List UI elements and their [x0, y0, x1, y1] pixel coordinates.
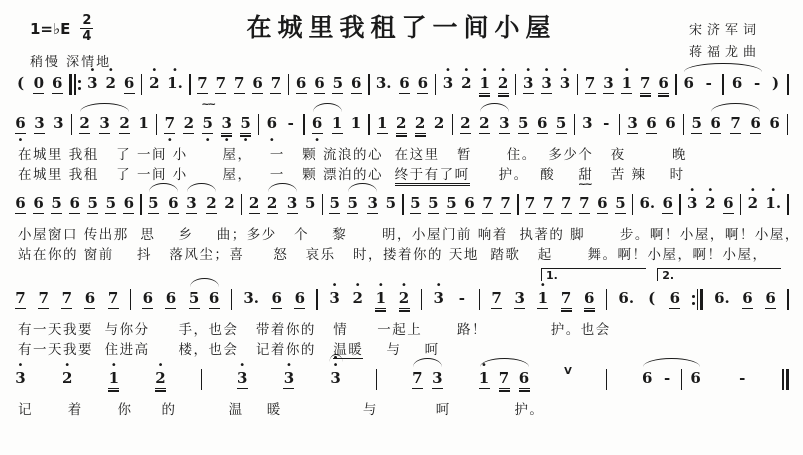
note-digit: 6 — [684, 75, 694, 92]
beam-underlines — [523, 92, 534, 98]
note-digit: 3 — [284, 370, 294, 387]
beam-underlines — [165, 307, 176, 313]
note-digit: 3 — [221, 115, 231, 132]
note: •1• — [620, 68, 633, 105]
note-digit: 6 — [519, 370, 529, 387]
note-digit: 6 — [670, 290, 680, 307]
note: •6• — [32, 188, 45, 225]
beam-underlines — [34, 132, 45, 138]
beam-underlines — [243, 307, 259, 313]
note: •6.• — [617, 283, 635, 320]
note-digit: 7 — [585, 75, 595, 92]
beam-underlines — [351, 132, 362, 138]
note: •3• — [328, 283, 341, 320]
note: •2• — [460, 68, 473, 105]
barline — [288, 74, 289, 95]
dash-extension: •-• — [661, 363, 674, 400]
note-digit: 3 — [329, 290, 339, 307]
note-digit: 6. — [618, 290, 634, 307]
beam-underlines — [271, 307, 282, 313]
beam-underlines — [627, 132, 638, 138]
beam-underlines — [105, 212, 116, 218]
note-digit: 6 — [295, 290, 305, 307]
note-digit: 3 — [432, 370, 442, 387]
note-digit: 7 — [500, 195, 510, 212]
beam-underlines — [603, 92, 614, 98]
barline — [606, 369, 607, 390]
lyrics-line: 在城里 我租 了 一间 小 屋， 一 颗 流浪的心 在这里 暂 住。 多少个 夜… — [18, 145, 789, 165]
note: •6• — [14, 108, 27, 145]
note: ~~•5• — [201, 108, 214, 145]
beam-underlines — [138, 132, 149, 138]
beam-underlines — [460, 132, 471, 138]
barline — [787, 114, 788, 135]
note-digit: 1 — [479, 370, 489, 387]
beam-underlines — [237, 387, 248, 393]
note: •5• — [384, 188, 397, 225]
note: •1.• — [166, 68, 184, 105]
repeat-start-sign — [69, 74, 80, 95]
beam-underlines — [769, 132, 780, 138]
note: •2• — [154, 363, 167, 400]
beam-underlines — [615, 212, 626, 218]
system-4: 1.2.•7••7••7••6••7••6••6••5••6••3.••6••6… — [14, 268, 789, 360]
note-digit: 5 — [518, 115, 528, 132]
note-digit: 1 — [351, 115, 361, 132]
note-digit: 3 — [433, 290, 443, 307]
beam-underlines — [285, 132, 296, 138]
beam-underlines — [142, 307, 153, 313]
beam-underlines — [690, 387, 701, 393]
note: •6• — [764, 283, 777, 320]
note: •5• — [86, 188, 99, 225]
beam-underlines — [525, 212, 536, 218]
note: •5• — [427, 188, 440, 225]
beam-underlines — [209, 307, 220, 313]
note-digit: 1 — [622, 75, 632, 92]
barline — [316, 289, 317, 310]
note-digit: 6 — [52, 75, 62, 92]
note-digit: 6 — [296, 75, 306, 92]
beam-underlines — [518, 132, 529, 138]
note: •3• — [14, 363, 27, 400]
note: •6• — [295, 68, 308, 105]
note: •3• — [686, 188, 699, 225]
note: •0• — [32, 68, 45, 105]
melody-line: •7••7••7••6••7••6••6••5••6••3.••6••6••3•… — [14, 283, 789, 320]
note: •3• — [540, 68, 553, 105]
note-digit: 3 — [541, 75, 551, 92]
beam-underlines — [456, 307, 467, 313]
beam-underlines — [108, 307, 119, 313]
beam-underlines — [703, 92, 714, 98]
note-digit: 7 — [543, 195, 553, 212]
note: •2• — [205, 188, 218, 225]
note-digit: 6 — [314, 75, 324, 92]
sheet-music-page: 1=♭E 2 4 稍慢 深情地 在城里我租了一间小屋 宋济军词 蒋福龙曲 •(•… — [0, 0, 803, 455]
note-digit: 6 — [252, 75, 262, 92]
note: •6• — [657, 68, 670, 105]
beam-underlines — [714, 307, 730, 313]
note: •6• — [661, 188, 674, 225]
beam-underlines — [765, 307, 776, 313]
note: •3• — [513, 283, 526, 320]
note-digit: 7 — [234, 75, 244, 92]
beam-underlines — [710, 132, 721, 138]
note: •3• — [33, 108, 46, 145]
barline — [577, 74, 578, 95]
note-digit: 6 — [209, 290, 219, 307]
note-digit: 7 — [491, 290, 501, 307]
note-digit: 6 — [166, 290, 176, 307]
beam-underlines — [376, 92, 392, 98]
beam-underlines — [705, 212, 716, 218]
note-digit: 5 — [51, 195, 61, 212]
octave-dot-low: • — [205, 138, 211, 145]
note: •3• — [441, 68, 454, 105]
beam-underlines — [482, 212, 493, 218]
system-2: •6••3••3••2••3••2••1••7••2•~~•5••3••5••6… — [14, 108, 789, 185]
note: •6• — [398, 68, 411, 105]
note-digit: 6 — [658, 75, 668, 92]
note: •7• — [481, 188, 494, 225]
beam-underlines — [79, 132, 90, 138]
note-digit: - — [706, 75, 712, 92]
beam-underlines — [646, 132, 657, 138]
note: •3• — [98, 108, 111, 145]
note-digit: 1 — [138, 115, 148, 132]
slur-group: •5••3• — [346, 188, 379, 225]
barline — [303, 114, 304, 135]
paren-symbol: •(• — [645, 283, 658, 320]
beam-underlines — [559, 92, 570, 98]
barline — [722, 74, 723, 95]
beam-underlines — [433, 307, 444, 313]
note: •3• — [602, 68, 615, 105]
barline — [201, 369, 202, 390]
note: •2• — [395, 108, 408, 145]
note: •6• — [583, 283, 596, 320]
beam-underlines — [347, 212, 358, 218]
note-digit: 6 — [15, 115, 25, 132]
bar-thick — [69, 74, 72, 95]
note: •3• — [626, 108, 639, 145]
note-digit: 6. — [714, 290, 730, 307]
beam-underlines — [434, 132, 445, 138]
beam-underlines — [742, 307, 753, 313]
beam-underlines — [579, 212, 590, 218]
bar-thick — [786, 369, 789, 390]
note: •6• — [208, 283, 221, 320]
note: •6• — [731, 68, 744, 105]
beam-underlines — [296, 92, 307, 98]
barline — [421, 289, 422, 310]
note-digit: 6 — [271, 290, 281, 307]
note-digit: 5 — [386, 195, 396, 212]
beam-underlines — [305, 212, 316, 218]
beam-underlines — [770, 92, 781, 98]
note-digit: 3 — [443, 75, 453, 92]
note: •6• — [164, 283, 177, 320]
beam-underlines — [249, 212, 260, 218]
note-digit: 7 — [412, 370, 422, 387]
note-digit: 3 — [368, 195, 378, 212]
barline — [140, 194, 141, 215]
note: •5• — [346, 188, 359, 225]
note: •6• — [68, 188, 81, 225]
note-digit: 5 — [106, 195, 116, 212]
beam-underlines — [396, 132, 407, 138]
octave-dot-low: • — [224, 138, 230, 145]
beam-underlines — [479, 387, 490, 393]
note: •2• — [104, 68, 117, 105]
note: •6• — [293, 283, 306, 320]
beam-underlines — [561, 212, 572, 218]
note-digit: 6 — [665, 115, 675, 132]
beam-underlines — [119, 132, 130, 138]
beam-underlines — [410, 212, 421, 218]
note-digit: 2 — [461, 75, 471, 92]
note-digit: 6 — [15, 195, 25, 212]
note-digit: 6 — [769, 115, 779, 132]
beam-underlines — [267, 212, 278, 218]
note-digit: 1 — [109, 370, 119, 387]
beam-underlines — [621, 92, 632, 98]
beam-underlines — [38, 307, 49, 313]
note: •6• — [122, 188, 135, 225]
note-digit: 3 — [99, 115, 109, 132]
note: •6• — [689, 363, 702, 400]
beam-underlines — [491, 307, 502, 313]
beam-underlines — [283, 387, 294, 393]
beam-underlines — [33, 92, 44, 98]
note: •7• — [269, 68, 282, 105]
note-digit: 2 — [184, 115, 194, 132]
beam-underlines — [432, 387, 443, 393]
note: •7• — [490, 283, 503, 320]
slur-group: •3••2• — [185, 188, 218, 225]
beam-underlines — [691, 132, 702, 138]
note-digit: 5 — [305, 195, 315, 212]
note: •2• — [148, 68, 161, 105]
repeat-dots — [78, 74, 81, 95]
note-digit: 6 — [690, 370, 700, 387]
lyrics-line: 有一天我要 住进高 楼，也会 记着你的 温暖 与 呵 — [18, 340, 789, 360]
note: •7• — [499, 188, 512, 225]
note: •3• — [498, 108, 511, 145]
lyrics-line: 站在你的 窗前 抖 落风尘；喜 怒 哀乐 时，搂着你的 天地 踏歌 起 舞。啊！… — [18, 245, 789, 265]
barline — [322, 194, 323, 215]
bar-thin — [782, 369, 783, 390]
barline — [71, 114, 72, 135]
lyric-segment: 与 呵 — [363, 342, 439, 358]
note: •3• — [286, 188, 299, 225]
note-digit: 7 — [15, 290, 25, 307]
note: •6• — [709, 108, 722, 145]
note-digit: 3 — [499, 115, 509, 132]
note-digit: 3 — [523, 75, 533, 92]
paren-symbol: •(• — [14, 68, 27, 105]
barline — [402, 194, 403, 215]
note-digit: - — [664, 370, 670, 387]
note-digit: 6 — [33, 195, 43, 212]
note-digit: 1. — [765, 195, 781, 212]
note-digit: - — [603, 115, 609, 132]
note: •6• — [14, 188, 27, 225]
lyric-segment: 有一天我要 与你分 手，也会 带着你的 情 一起上 路！ 护。也会 — [18, 322, 611, 338]
barline — [606, 289, 607, 310]
song-title: 在城里我租了一间小屋 — [12, 8, 791, 44]
barline — [515, 74, 516, 95]
note: •5• — [104, 188, 117, 225]
beam-underlines — [168, 212, 179, 218]
beam-underlines — [61, 307, 72, 313]
dash-extension: •-• — [736, 363, 749, 400]
note-digit: 3 — [15, 370, 25, 387]
beam-underlines — [737, 387, 748, 393]
beam-underlines — [167, 92, 183, 98]
note-digit: 7 — [62, 290, 72, 307]
note-digit: 1 — [479, 75, 489, 92]
note-digit: 1 — [332, 115, 342, 132]
note: •1• — [350, 108, 363, 145]
note-digit: 7 — [482, 195, 492, 212]
beam-underlines — [461, 92, 472, 98]
beam-underlines — [765, 212, 781, 218]
note: •5• — [304, 188, 317, 225]
slur-group: •6••7••6• — [709, 108, 762, 145]
note-digit: 7 — [38, 290, 48, 307]
beam-underlines — [499, 387, 510, 393]
note: •3• — [432, 283, 445, 320]
beam-underlines — [730, 132, 741, 138]
note-digit: 7 — [499, 370, 509, 387]
note-digit: 6 — [168, 195, 178, 212]
note: •3• — [522, 68, 535, 105]
slur-group: •2••3• — [478, 108, 511, 145]
beam-underlines — [541, 92, 552, 98]
note: •7• — [524, 188, 537, 225]
beam-underlines — [215, 92, 226, 98]
note: •5• — [555, 108, 568, 145]
beam-underlines — [52, 92, 63, 98]
beam-underlines — [108, 387, 119, 393]
note: •2• — [118, 108, 131, 145]
note-digit: 3 — [627, 115, 637, 132]
beam-underlines — [446, 212, 457, 218]
beam-underlines — [99, 132, 110, 138]
note-digit: 6 — [418, 75, 428, 92]
note-digit: 2 — [149, 75, 159, 92]
note: •3• — [282, 363, 295, 400]
octave-dot-low: • — [18, 138, 24, 145]
note: •7• — [214, 68, 227, 105]
note: •5• — [50, 188, 63, 225]
slur-group: •6••-••6• — [641, 363, 702, 400]
note: •2• — [459, 108, 472, 145]
beam-underlines — [585, 92, 596, 98]
octave-dot-low: • — [167, 138, 173, 145]
final-barline — [782, 369, 788, 390]
note: •7• — [560, 283, 573, 320]
note-digit: 2 — [79, 115, 89, 132]
beam-underlines — [33, 212, 44, 218]
lyrics-line: 记 着 你 的 温 暖 与 呵 护。 — [18, 400, 789, 420]
note: •5• — [328, 188, 341, 225]
note-digit: 7 — [730, 115, 740, 132]
beam-underlines — [597, 212, 608, 218]
note: •1• — [137, 108, 150, 145]
system-5: •3••2••1••2••3••3••3••7••3••1••7••6•V•6•… — [14, 363, 789, 420]
beam-underlines — [639, 212, 655, 218]
note: •3• — [366, 188, 379, 225]
note: •6• — [141, 283, 154, 320]
beam-underlines — [105, 92, 116, 98]
beam-underlines — [294, 307, 305, 313]
beam-underlines — [87, 212, 98, 218]
lyricist-credit: 宋济军词 — [689, 20, 761, 42]
score-body: •(••0••6••3••2••6••2••1.••7••7••7••6••7•… — [12, 68, 791, 420]
repeat-dots — [692, 289, 695, 310]
note-digit: 5 — [329, 195, 339, 212]
note-digit: 7 — [525, 195, 535, 212]
beam-underlines — [385, 212, 396, 218]
note-digit: 3 — [582, 115, 592, 132]
beam-underlines — [479, 92, 490, 98]
note: •6.• — [713, 283, 731, 320]
beam-underlines — [669, 307, 680, 313]
note: •3• — [329, 363, 342, 400]
note: •6• — [83, 283, 96, 320]
beam-underlines — [69, 212, 80, 218]
note-digit: 3 — [186, 195, 196, 212]
note: •6• — [536, 108, 549, 145]
note-digit: 2 — [396, 115, 406, 132]
beam-underlines — [351, 92, 362, 98]
beam-underlines — [124, 92, 135, 98]
repeat-end-sign — [692, 289, 703, 310]
note: •5• — [517, 108, 530, 145]
note-digit: 5 — [556, 115, 566, 132]
dash-extension: •-• — [751, 68, 764, 105]
note-digit: 6 — [732, 75, 742, 92]
beam-underlines — [206, 212, 217, 218]
note: •7• — [107, 283, 120, 320]
beam-underlines — [412, 387, 423, 393]
beam-underlines — [332, 92, 343, 98]
beam-underlines — [543, 212, 554, 218]
note: •6• — [313, 68, 326, 105]
note-digit: 6 — [646, 115, 656, 132]
note-digit: 7 — [165, 115, 175, 132]
beam-underlines — [367, 212, 378, 218]
note-digit: 5 — [410, 195, 420, 212]
note-digit: 3 — [287, 195, 297, 212]
note-digit: 5 — [348, 195, 358, 212]
note: •7• — [729, 108, 742, 145]
note: •6• — [311, 108, 324, 145]
note: •6• — [51, 68, 64, 105]
note-digit: 2 — [206, 195, 216, 212]
note-digit: 7 — [579, 195, 589, 212]
beam-underlines — [479, 132, 490, 138]
note: •6• — [123, 68, 136, 105]
note-digit: - — [288, 115, 294, 132]
note-digit: 6 — [765, 290, 775, 307]
barline — [619, 114, 620, 135]
beam-underlines — [642, 387, 653, 393]
note: •2• — [398, 283, 411, 320]
